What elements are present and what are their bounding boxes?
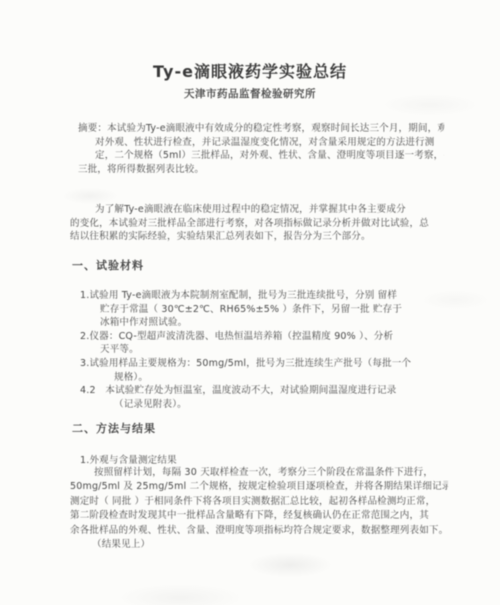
section-two-subheading: 1.外观与含量测定结果: [80, 452, 177, 466]
list-item-line: 1.试验用 Ty-e滴眼液为本院制剂室配制，批号为三批连续批号，分别 留样: [80, 289, 446, 303]
list-item-line: 3.试验用样品主要规格为：50mg/5ml，批号为三批连续生产批号（每批一个: [80, 357, 446, 371]
document-subtitle: 天津市药品监督检验研究所: [0, 86, 500, 101]
list-item-line: 4.2 本试验贮存处为恒温室，温度波动不大，对试验期间温湿度进行记录: [80, 384, 446, 398]
results-line: （结果见上）: [70, 538, 448, 552]
section-one-heading: 一、试验材料: [72, 257, 144, 273]
scanned-document-page: Ty-e滴眼液药学实验总结 天津市药品监督检验研究所 摘要：本试验为Ty-e滴眼…: [0, 0, 500, 605]
abstract-line: 定，二个规格（5ml）三批样品，对外观、性状、含量、澄明度等项目逐一考察，共: [78, 149, 444, 163]
document-title: Ty-e滴眼液药学实验总结: [0, 59, 500, 82]
results-line: 按照留样计划，每隔 30 天取样检查一次，考察分三个阶段在常温条件下进行，: [70, 466, 448, 480]
list-item-line: （记录见附表）。: [80, 398, 446, 412]
list-item-line: 规格）。: [80, 371, 446, 385]
results-line: 50mg/5ml 及 25mg/5ml 二个规格，按规定检验项目逐项检查，并将各…: [70, 480, 448, 494]
abstract-line: 三批，将所得数据列表比较。: [78, 163, 444, 177]
list-item-line: 冰箱中作对照试验。: [80, 316, 446, 330]
intro-paragraph: 为了解Ty-e滴眼液在临床使用过程中的稳定情况，并掌握其中各主要成分 的变化，本…: [70, 203, 445, 244]
intro-line: 结以往积累的实际经验，实验结果汇总列表如下，报告分为三个部分。: [70, 230, 445, 244]
abstract-line: 对外观、性状进行检查，并记录温湿度变化情况，对含量采用规定的方法进行测: [78, 136, 444, 150]
intro-line: 的变化，本试验对三批样品全部进行考察，对各项指标做记录分析并做对比试验，总: [70, 217, 445, 231]
intro-line: 为了解Ty-e滴眼液在临床使用过程中的稳定情况，并掌握其中各主要成分: [70, 203, 445, 217]
abstract-paragraph: 摘要：本试验为Ty-e滴眼液中有效成分的稳定性考察，观察时间长达三个月，期间，观…: [78, 122, 444, 176]
results-paragraph: 按照留样计划，每隔 30 天取样检查一次，考察分三个阶段在常温条件下进行， 50…: [70, 466, 448, 552]
section-one-list: 1.试验用 Ty-e滴眼液为本院制剂室配制，批号为三批连续批号，分别 留样 贮存…: [80, 289, 446, 411]
list-item-line: 2.仪器：CQ-型超声波清洗器、电热恒温培养箱（控温精度 90% ）、分析: [80, 330, 446, 344]
results-line: 余各批样品的外观、性状、含量、澄明度等项指标均符合规定要求，数据整理列表如下。: [70, 524, 448, 538]
list-item-line: 贮存于常温（ 30℃±2℃、RH65%±5% ）条件下，另留一批 贮存于: [80, 303, 446, 317]
results-line: 测定时（ 同批 ）于相同条件下将各项目实测数据汇总比较，起初各样品检测均正常，: [70, 495, 448, 509]
abstract-line: 摘要：本试验为Ty-e滴眼液中有效成分的稳定性考察，观察时间长达三个月，期间，观…: [78, 122, 444, 136]
section-two-heading: 二、方法与结果: [72, 420, 156, 436]
results-line: 第二阶段检查时发现其中一批样品含量略有下降，经复核确认仍在正常范围之内，其: [70, 509, 448, 523]
list-item-line: 天平等。: [80, 343, 446, 357]
